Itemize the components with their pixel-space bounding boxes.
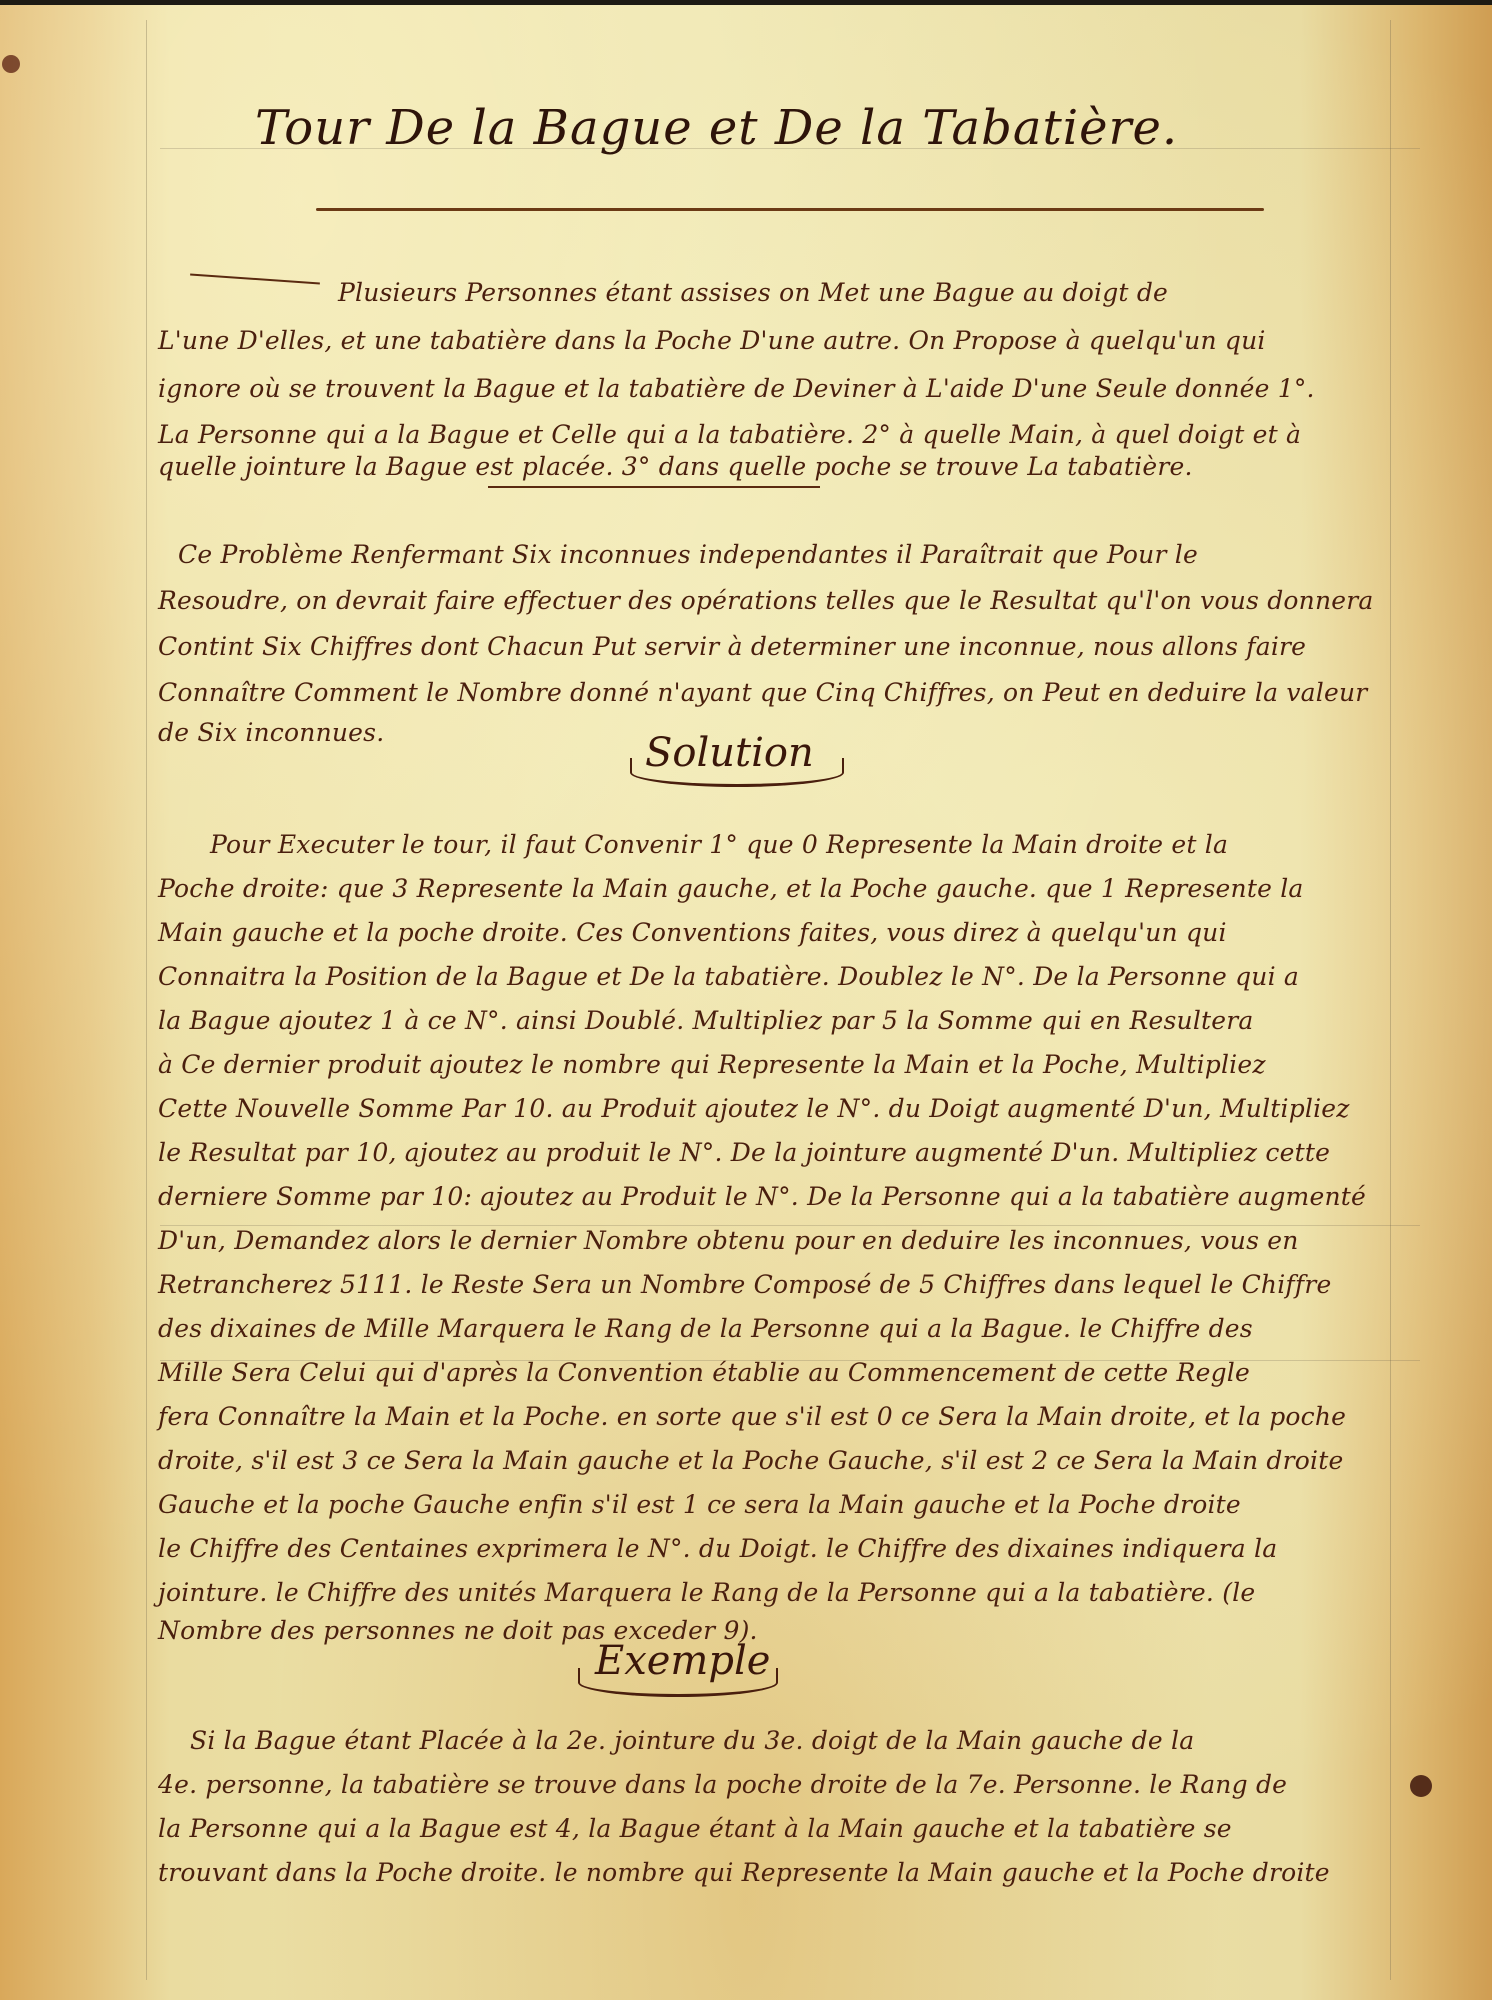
text-line: droite, s'il est 3 ce Sera la Main gauch…	[158, 1446, 1343, 1475]
left-margin-line	[146, 20, 147, 1980]
text-line: Main gauche et la poche droite. Ces Conv…	[158, 918, 1227, 947]
text-line: fera Connaître la Main et la Poche. en s…	[158, 1402, 1346, 1431]
text-line: Connaitra la Position de la Bague et De …	[158, 962, 1299, 991]
heading-flourish	[630, 758, 844, 787]
text-line: Resoudre, on devrait faire effectuer des…	[158, 586, 1374, 615]
text-line: le Resultat par 10, ajoutez au produit l…	[158, 1138, 1330, 1167]
ink-stain	[2, 55, 20, 73]
text-line: le Chiffre des Centaines exprimera le N°…	[158, 1534, 1277, 1563]
text-line: la Personne qui a la Bague est 4, la Bag…	[158, 1814, 1232, 1843]
text-line: quelle jointure la Bague est placée. 3° …	[158, 452, 1193, 481]
text-line: Ce Problème Renfermant Six inconnues ind…	[178, 540, 1198, 569]
text-line: Mille Sera Celui qui d'après la Conventi…	[158, 1358, 1250, 1387]
right-margin-line	[1390, 20, 1391, 1980]
text-line: La Personne qui a la Bague et Celle qui …	[158, 420, 1301, 449]
text-line: Gauche et la poche Gauche enfin s'il est…	[158, 1490, 1241, 1519]
text-line: Poche droite: que 3 Represente la Main g…	[158, 874, 1304, 903]
text-line: Plusieurs Personnes étant assises on Met…	[338, 278, 1168, 307]
manuscript-page: Tour De la Bague et De la Tabatière. Plu…	[0, 0, 1492, 2000]
text-line: de Six inconnues.	[158, 718, 384, 747]
text-line: D'un, Demandez alors le dernier Nombre o…	[158, 1226, 1299, 1255]
paragraph-underline	[488, 486, 820, 488]
page-top-edge	[0, 0, 1492, 5]
text-line: des dixaines de Mille Marquera le Rang d…	[158, 1314, 1253, 1343]
text-line: ignore où se trouvent la Bague et la tab…	[158, 374, 1315, 403]
text-line: Si la Bague étant Placée à la 2e. jointu…	[190, 1726, 1194, 1755]
text-line: 4e. personne, la tabatière se trouve dan…	[158, 1770, 1287, 1799]
text-line: Connaître Comment le Nombre donné n'ayan…	[158, 678, 1367, 707]
heading-flourish	[578, 1668, 778, 1697]
paragraph-flourish	[190, 273, 320, 284]
text-line: la Bague ajoutez 1 à ce N°. ainsi Doublé…	[158, 1006, 1254, 1035]
text-line: Cette Nouvelle Somme Par 10. au Produit …	[158, 1094, 1350, 1123]
text-line: jointure. le Chiffre des unités Marquera…	[158, 1578, 1255, 1607]
text-line: à Ce dernier produit ajoutez le nombre q…	[158, 1050, 1266, 1079]
text-line: L'une D'elles, et une tabatière dans la …	[158, 326, 1266, 355]
title-underline	[316, 208, 1264, 211]
text-line: derniere Somme par 10: ajoutez au Produi…	[158, 1182, 1366, 1211]
document-title: Tour De la Bague et De la Tabatière.	[255, 100, 1255, 156]
text-line: Contint Six Chiffres dont Chacun Put ser…	[158, 632, 1306, 661]
ink-stain	[1410, 1775, 1432, 1797]
text-line: Retrancherez 5111. le Reste Sera un Nomb…	[158, 1270, 1331, 1299]
text-line: trouvant dans la Poche droite. le nombre…	[158, 1858, 1330, 1887]
text-line: Pour Executer le tour, il faut Convenir …	[210, 830, 1228, 859]
